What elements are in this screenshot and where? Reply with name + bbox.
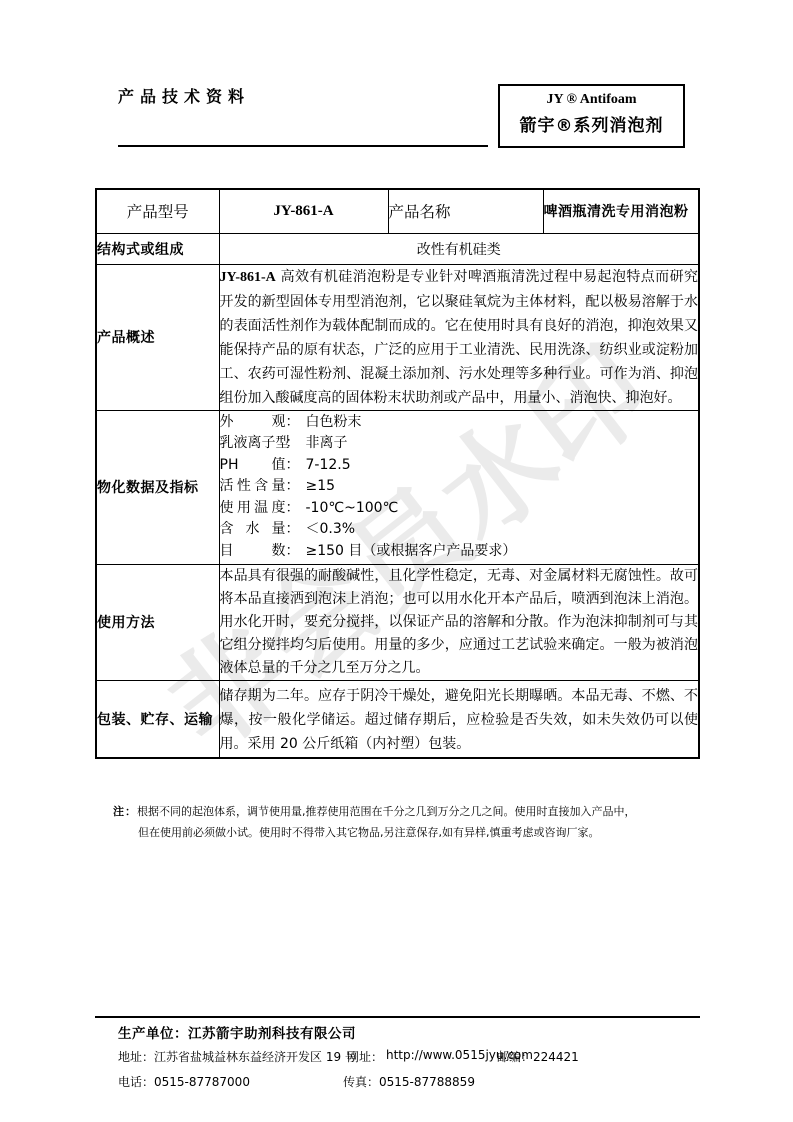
physical-item-ion-type: 乳液离子型：非离子 <box>220 433 699 455</box>
phone: 电话：0515-87787000 <box>118 1073 250 1090</box>
table-row: 包装、贮存、运输 储存期为二年。应存于阴冷干燥处，避免阳光长期曝晒。本品无毒、不… <box>96 680 699 758</box>
product-model-value: JY-861-A <box>219 189 388 233</box>
composition-value: 改性有机硅类 <box>219 233 699 264</box>
product-model-label: 产品型号 <box>96 189 219 233</box>
producer: 生产单位：江苏箭宇助剂科技有限公司 <box>118 1022 356 1042</box>
page: 非会员水印 产品技术资料 JY ® Antifoam 箭宇®系列消泡剂 产品型号… <box>0 0 793 1122</box>
table-row: 产品概述 JY-861-A 高效有机硅消泡粉是专业针对啤酒瓶清洗过程中易起泡特点… <box>96 264 699 410</box>
physical-list: 外观：白色粉末 乳液离子型：非离子 PH值：7-12.5 活性含量：≥15 使用… <box>219 410 699 564</box>
table-row: 结构式或组成 改性有机硅类 <box>96 233 699 264</box>
title-underline <box>118 145 488 147</box>
product-name-label: 产品名称 <box>388 189 543 233</box>
product-name-value: 啤酒瓶清洗专用消泡粉 <box>543 189 699 233</box>
usage-text: 本品具有很强的耐酸碱性，且化学性稳定，无毒、对金属材料无腐蚀性。故可将本品直接洒… <box>219 564 699 680</box>
table-row: 使用方法 本品具有很强的耐酸碱性，且化学性稳定，无毒、对金属材料无腐蚀性。故可将… <box>96 564 699 680</box>
table-row: 物化数据及指标 外观：白色粉末 乳液离子型：非离子 PH值：7-12.5 活性含… <box>96 410 699 564</box>
packing-text: 储存期为二年。应存于阴冷干燥处，避免阳光长期曝晒。本品无毒、不燃、不爆，按一般化… <box>219 680 699 758</box>
footer-address-line: 地址：江苏省盐城益林东益经济开发区 19 号 网址： http://www.05… <box>0 1048 793 1068</box>
physical-item-use-temperature: 使用温度：-10℃~100℃ <box>220 498 699 520</box>
physical-item-active-content: 活性含量：≥15 <box>220 476 699 498</box>
physical-item-appearance: 外观：白色粉末 <box>220 412 699 434</box>
note-line-2: 但在使用前必须做小试。使用时不得带入其它物品,另注意保存,如有异样,慎重考虑或咨… <box>113 822 636 843</box>
table-row: 产品型号 JY-861-A 产品名称 啤酒瓶清洗专用消泡粉 <box>96 189 699 233</box>
overview-body: 高效有机硅消泡粉是专业针对啤酒瓶清洗过程中易起泡特点而研究开发的新型固体专用型消… <box>220 269 699 406</box>
footer-divider <box>95 1016 700 1018</box>
physical-label: 物化数据及指标 <box>96 410 219 564</box>
note-prefix: 注： <box>113 805 137 818</box>
fax: 传真：0515-87788859 <box>343 1073 475 1090</box>
usage-label: 使用方法 <box>96 564 219 680</box>
spec-table: 产品型号 JY-861-A 产品名称 啤酒瓶清洗专用消泡粉 结构式或组成 改性有… <box>95 188 700 759</box>
postcode: 邮编：224421 <box>497 1048 579 1065</box>
brand-box: JY ® Antifoam 箭宇®系列消泡剂 <box>498 84 685 148</box>
footer-producer-line: 生产单位：江苏箭宇助剂科技有限公司 <box>0 1022 793 1042</box>
composition-label: 结构式或组成 <box>96 233 219 264</box>
website-label: 网址： <box>347 1048 383 1065</box>
brand-line-en: JY ® Antifoam <box>500 92 683 108</box>
overview-text: JY-861-A 高效有机硅消泡粉是专业针对啤酒瓶清洗过程中易起泡特点而研究开发… <box>219 264 699 410</box>
overview-lead: JY-861-A <box>220 270 276 285</box>
physical-item-ph: PH值：7-12.5 <box>220 455 699 477</box>
physical-item-water-content: 含水量：＜0.3% <box>220 519 699 541</box>
note-line-1: 注：根据不同的起泡体系，调节使用量,推荐使用范围在千分之几到万分之几之间。使用时… <box>113 801 636 822</box>
doc-title: 产品技术资料 <box>118 84 250 107</box>
footer-phone-line: 电话：0515-87787000 传真：0515-87788859 <box>0 1073 793 1093</box>
overview-label: 产品概述 <box>96 264 219 410</box>
packing-label: 包装、贮存、运输 <box>96 680 219 758</box>
address: 地址：江苏省盐城益林东益经济开发区 19 号 <box>118 1048 357 1065</box>
note: 注：根据不同的起泡体系，调节使用量,推荐使用范围在千分之几到万分之几之间。使用时… <box>113 801 636 843</box>
physical-item-mesh: 目数：≥150 目（或根据客户产品要求） <box>220 541 699 563</box>
brand-line-cn: 箭宇®系列消泡剂 <box>500 111 683 136</box>
